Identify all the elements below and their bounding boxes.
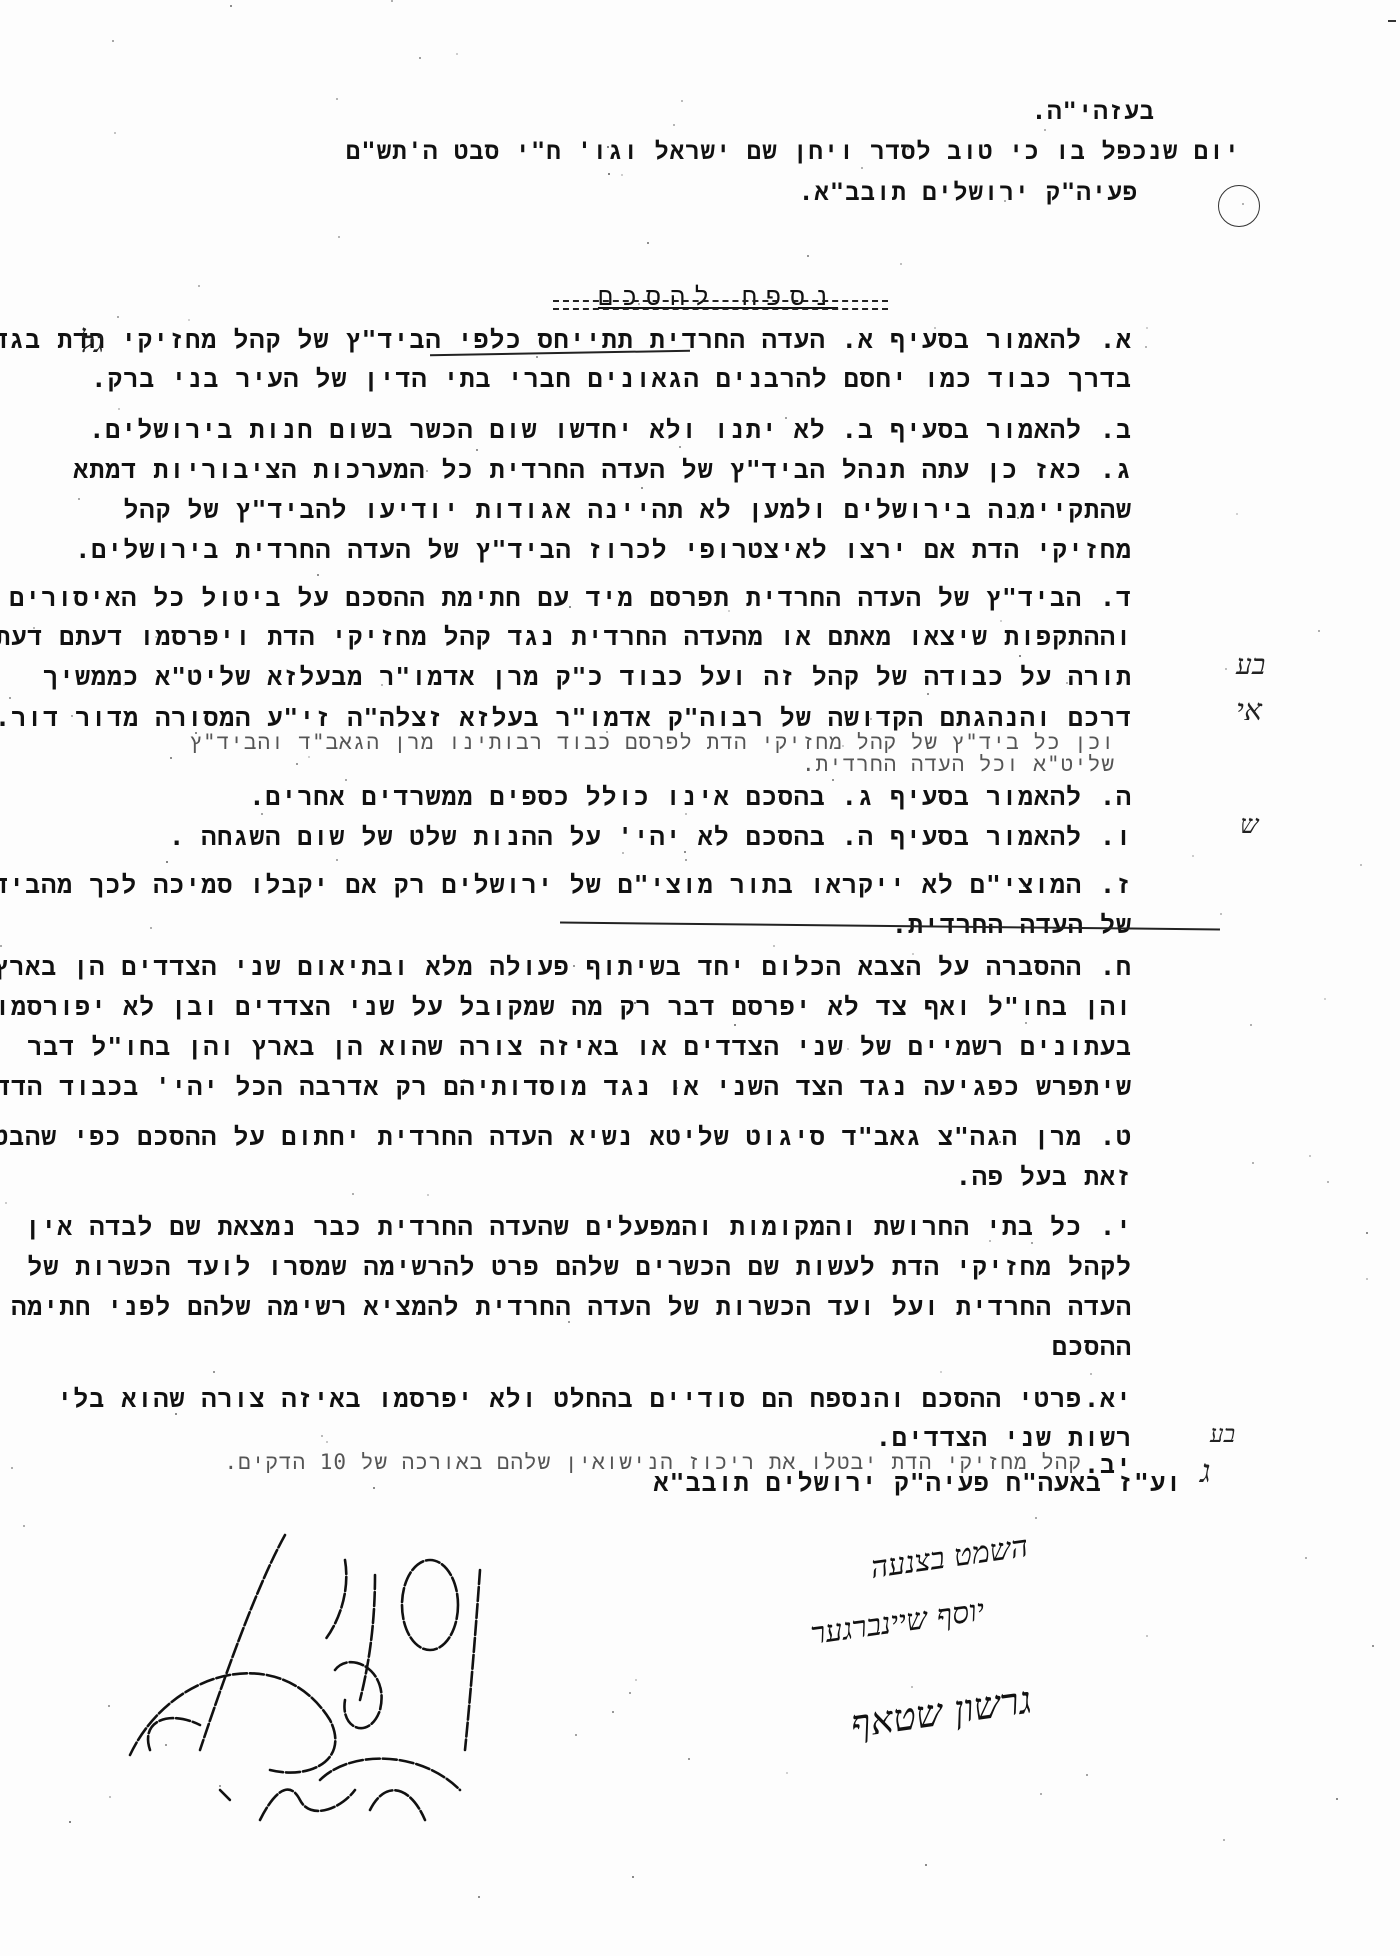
opening-greeting: בעזהי"ה. — [1032, 97, 1155, 127]
paragraph-line: פרטי ההסכם והנספח הם סודיים בהחלט ולא יפ… — [57, 1384, 1082, 1415]
corner-mark — [1388, 20, 1396, 22]
margin-note-right-5: ג — [1200, 1452, 1211, 1490]
paragraph-label: א. — [1100, 325, 1132, 356]
margin-note-right-4: בע — [1210, 1420, 1235, 1449]
paragraph-line: ההסברה על הצבא הכלום יחד בשיתוף פעולה מל… — [0, 952, 1082, 983]
paragraph-line: שיתפרש כפגיעה נגד הצד השני או נגד מוסדות… — [0, 1072, 1132, 1103]
stamp-circle — [1218, 185, 1260, 227]
paragraph-line: להאמור בסעיף ג. בהסכם אינו כולל כספים ממ… — [249, 782, 1082, 813]
signature-line-3: גרשון שטאף — [848, 1678, 1034, 1748]
paragraph-label: יא. — [1084, 1384, 1132, 1415]
paragraph-label: ה. — [1100, 782, 1132, 813]
signature-line-2: יוסף שיינברגער — [808, 1593, 986, 1652]
paragraph-line: שהתקיימנה בירושלים ולמען לא תהיינה אגודו… — [123, 495, 1132, 526]
paragraph-line: כל בתי החרושת והמקומות והמפעלים שהעדה הח… — [25, 1212, 1082, 1243]
paragraph-label: ח. — [1100, 952, 1132, 983]
paragraph-label: ט. — [1100, 1122, 1132, 1153]
place-line: פעיה"ק ירושלים תובב"א. — [799, 178, 1138, 208]
signature-left — [110, 1520, 530, 1840]
paragraph-line: וההתקפות שיצאו מאתם או מהעדה החרדית נגד … — [0, 622, 1132, 653]
scanned-document-page: בעזהי"ה. יום שנכפל בו כי טוב לסדר ויחן ש… — [0, 0, 1400, 1956]
signature-line-1: השמט בצנעה — [868, 1529, 1030, 1586]
paragraph-line: מרן הגה"צ גאב"ד סיגוט שליטא נשיא העדה הח… — [0, 1122, 1082, 1153]
margin-note-right-1: בע — [1236, 648, 1265, 682]
paragraph-label: ו. — [1100, 822, 1132, 853]
paragraph-line: ההסכם — [1052, 1332, 1132, 1363]
paragraph-line: זאת בעל פה. — [956, 1162, 1132, 1193]
paragraph-label: ד. — [1100, 583, 1132, 614]
paragraph-label: ג. — [1100, 455, 1132, 486]
title-double-underline — [553, 300, 888, 310]
paragraph-line: כאז כן עתה תנהל הביד"ץ של העדה החרדית כל… — [73, 455, 1082, 486]
margin-note-left: גל — [80, 325, 104, 360]
closing-line: וע"ז באעה"ח פעיה"ק ירושלים תובב"א — [654, 1468, 1182, 1499]
paragraph-line: לקהל מחזיקי הדת לעשות שם הכשרים שלהם פרט… — [27, 1252, 1132, 1283]
paragraph-line: העדה החרדית ועל ועד הכשרות של העדה החרדי… — [11, 1292, 1132, 1323]
paragraph-line: הביד"ץ של העדה החרדית תפרסם מיד עם חתימת… — [9, 583, 1082, 614]
paragraph-line: בעתונים רשמיים של שני הצדדים או באיזה צו… — [27, 1032, 1132, 1063]
margin-note-right-2: אי — [1236, 693, 1262, 728]
paragraph-line: מחזיקי הדת אם ירצו לאיצטרופי לכרוז הביד"… — [75, 535, 1132, 566]
paragraph-label: ב. — [1100, 415, 1132, 446]
date-line: יום שנכפל בו כי טוב לסדר ויחן שם ישראל ו… — [346, 137, 1240, 167]
paragraph-line: תורה על כבודה של קהל זה ועל כבוד כ"ק מרן… — [43, 662, 1132, 693]
paragraph-line: בדרך כבוד כמו יחסם להרבנים הגאונים חברי … — [91, 364, 1132, 395]
paragraph-line: שליט"א וכל העדה החרדית. — [802, 752, 1115, 778]
paragraph-line: המוצי"ם לא ייקראו בתור מוצי"ם של ירושלים… — [0, 870, 1082, 901]
paragraph-label: ז. — [1100, 870, 1132, 901]
paragraph-line: והן בחו"ל ואף צד לא יפרסם דבר רק מה שמקו… — [0, 992, 1132, 1023]
paragraph-line: להאמור בסעיף ה. בהסכם לא יהי' על ההנות ש… — [169, 822, 1082, 853]
paragraph-line: להאמור בסעיף ב. לא יתנו ולא יחדשו שום הכ… — [89, 415, 1082, 446]
margin-note-right-3: ש — [1240, 810, 1258, 840]
paragraph-label: י. — [1100, 1212, 1132, 1243]
